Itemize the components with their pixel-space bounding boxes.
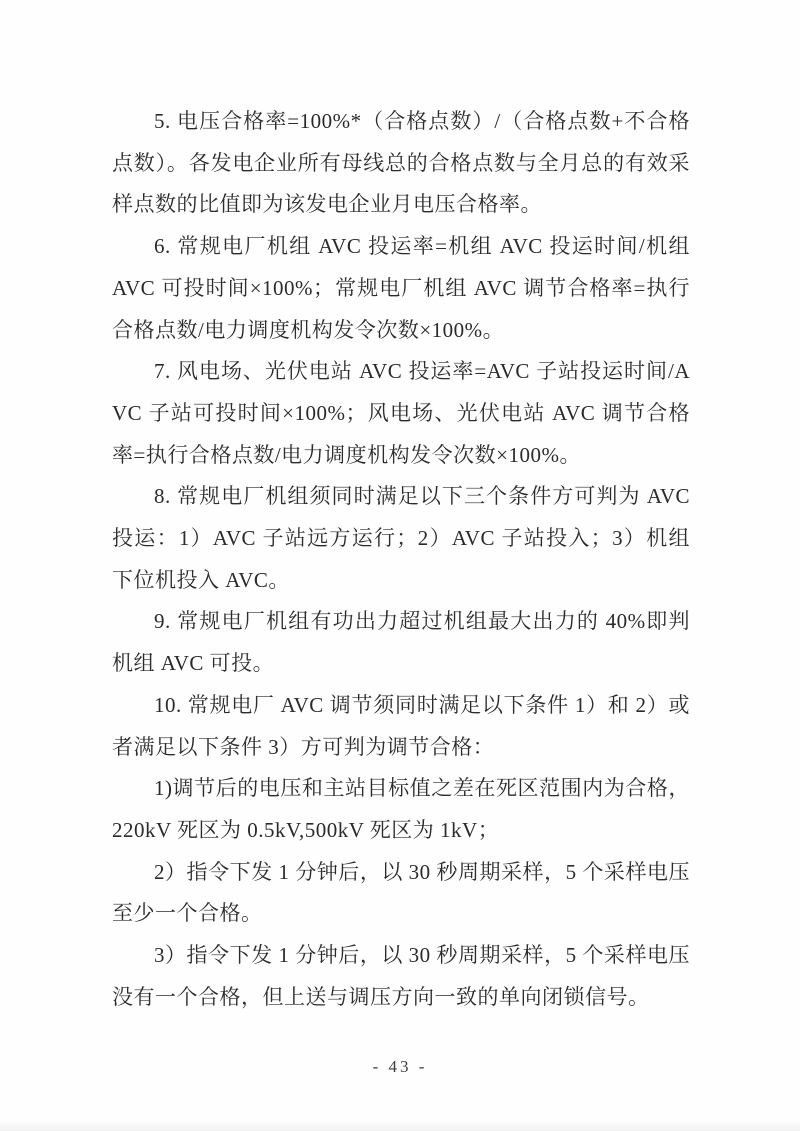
document-page: 5. 电压合格率=100%*（合格点数）/（合格点数+不合格点数）。各发电企业所… — [0, 0, 800, 1131]
paragraph-item-5: 5. 电压合格率=100%*（合格点数）/（合格点数+不合格点数）。各发电企业所… — [112, 101, 690, 226]
page-number: - 43 - — [373, 1057, 428, 1076]
subitem-3: 3）指令下发 1 分钟后，以 30 秒周期采样，5 个采样电压没有一个合格，但上… — [112, 935, 690, 1018]
page-footer: - 43 - — [0, 1057, 800, 1077]
paragraph-item-10: 10. 常规电厂 AVC 调节须同时满足以下条件 1）和 2）或者满足以下条件 … — [112, 685, 690, 768]
paragraph-item-9: 9. 常规电厂机组有功出力超过机组最大出力的 40%即判机组 AVC 可投。 — [112, 601, 690, 684]
subitem-2: 2）指令下发 1 分钟后，以 30 秒周期采样，5 个采样电压至少一个合格。 — [112, 852, 690, 935]
document-body: 5. 电压合格率=100%*（合格点数）/（合格点数+不合格点数）。各发电企业所… — [112, 101, 690, 1018]
subitem-1: 1)调节后的电压和主站目标值之差在死区范围内为合格，220kV 死区为 0.5k… — [112, 768, 690, 851]
paragraph-item-7: 7. 风电场、光伏电站 AVC 投运率=AVC 子站投运时间/AVC 子站可投时… — [112, 351, 690, 476]
paragraph-item-8: 8. 常规电厂机组须同时满足以下三个条件方可判为 AVC 投运：1）AVC 子站… — [112, 476, 690, 601]
paragraph-item-6: 6. 常规电厂机组 AVC 投运率=机组 AVC 投运时间/机组 AVC 可投时… — [112, 226, 690, 351]
